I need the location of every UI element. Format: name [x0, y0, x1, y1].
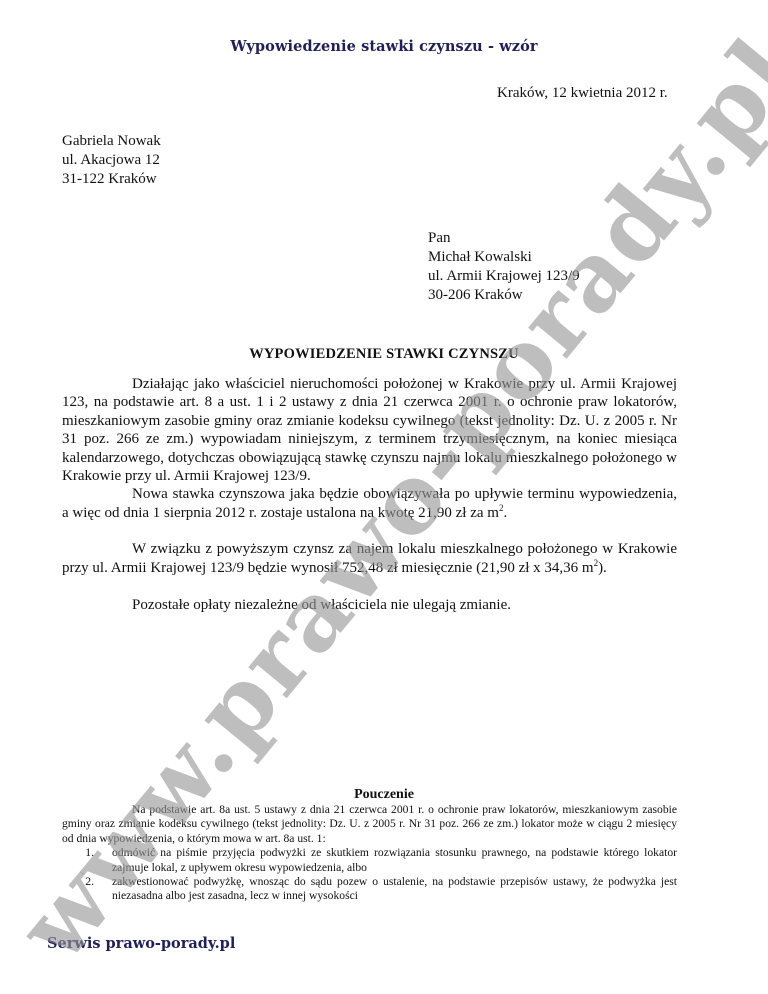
recipient-city: 30-206 Kraków: [428, 286, 580, 305]
recipient-salutation: Pan: [428, 229, 580, 248]
list-text: zakwestionować podwyżkę, wnosząc do sądu…: [112, 875, 677, 902]
list-number: 1.: [62, 846, 94, 860]
list-text: odmówić na piśmie przyjęcia podwyżki ze …: [112, 846, 677, 873]
document-title: WYPOWIEDZENIE STAWKI CZYNSZU: [0, 346, 768, 363]
sender-address: Gabriela Nowak ul. Akacjowa 12 31-122 Kr…: [62, 132, 161, 189]
paragraph-notice-of-termination: Działając jako właściciel nieruchomości …: [62, 375, 677, 485]
sender-name: Gabriela Nowak: [62, 132, 161, 151]
sender-city: 31-122 Kraków: [62, 170, 161, 189]
notice-intro: Na podstawie art. 8a ust. 5 ustawy z dni…: [62, 803, 677, 846]
paragraph-monthly-rent: W związku z powyższym czynsz za najem lo…: [62, 540, 677, 577]
notice-body: Na podstawie art. 8a ust. 5 ustawy z dni…: [62, 803, 677, 904]
notice-list-item: 1. odmówić na piśmie przyjęcia podwyżki …: [62, 846, 677, 875]
notice-list-item: 2. zakwestionować podwyżkę, wnosząc do s…: [62, 875, 677, 904]
footer-site-name: Serwis prawo-porady.pl: [47, 935, 235, 952]
page-header-title: Wypowiedzenie stawki czynszu - wzór: [0, 38, 768, 55]
paragraph-other-fees: Pozostałe opłaty niezależne od właścicie…: [62, 596, 677, 614]
place-and-date: Kraków, 12 kwietnia 2012 r.: [497, 85, 668, 102]
recipient-address: Pan Michał Kowalski ul. Armii Krajowej 1…: [428, 229, 580, 305]
paragraph-new-rate: Nowa stawka czynszowa jaka będzie obowią…: [62, 485, 677, 522]
recipient-name: Michał Kowalski: [428, 248, 580, 267]
letter-body: Działając jako właściciel nieruchomości …: [62, 375, 677, 614]
notice-title: Pouczenie: [0, 787, 768, 803]
notice-list: 1. odmówić na piśmie przyjęcia podwyżki …: [62, 846, 677, 904]
list-number: 2.: [62, 875, 94, 889]
sender-street: ul. Akacjowa 12: [62, 151, 161, 170]
recipient-street: ul. Armii Krajowej 123/9: [428, 267, 580, 286]
document-page: Wypowiedzenie stawki czynszu - wzór Krak…: [0, 0, 768, 994]
